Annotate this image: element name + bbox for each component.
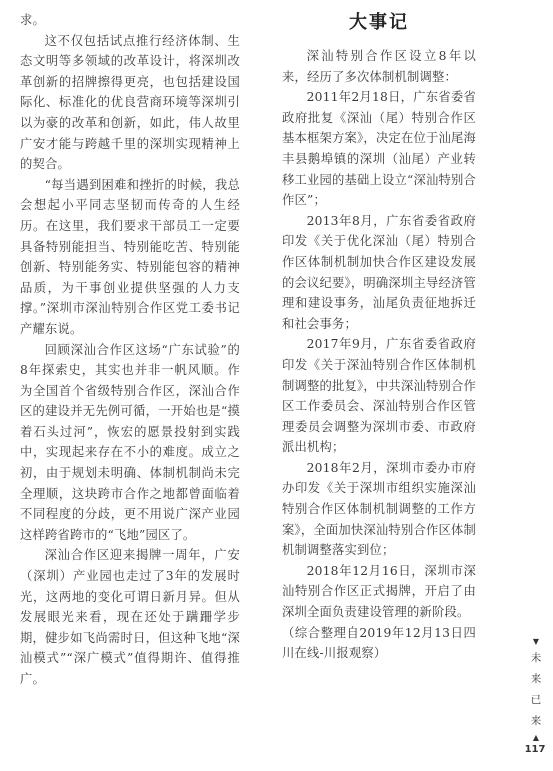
chronicle-entry: 2017年9月，广东省委省政府印发《关于深汕特别合作区体制机制调整的批复》，中共… bbox=[282, 334, 476, 458]
chronicle-entry: 2013年8月，广东省委省政府印发《关于优化深汕（尾）特别合作区体制机制加快合作… bbox=[282, 211, 476, 335]
page-number: 117 bbox=[520, 744, 550, 755]
chronicle-sidebar-column: 大事记 深汕特别合作区设立8年以来，经历了多次体制机制调整： 2011年2月18… bbox=[282, 10, 476, 664]
paragraph: 深汕合作区迎来揭牌一周年，广安（深圳）产业园也走过了3年的发展时光，这两地的变化… bbox=[20, 545, 240, 689]
section-char: 来 bbox=[526, 711, 546, 732]
chronicle-title: 大事记 bbox=[282, 10, 476, 36]
section-label-vertical: ▼ 未 来 已 来 ▲ bbox=[526, 636, 546, 744]
triangle-up-icon: ▲ bbox=[526, 732, 546, 744]
chronicle-entry: 2011年2月18日，广东省委省政府批复《深汕（尾）特别合作区基本框架方案》，决… bbox=[282, 87, 476, 211]
chronicle-entry: 2018年12月16日，深圳市深汕特别合作区正式揭牌，开启了由深圳全面负责建设管… bbox=[282, 561, 476, 623]
paragraph: 回顾深汕合作区这场“广东试验”的8年探索史，其实也并非一帆风顺。作为全国首个省级… bbox=[20, 340, 240, 546]
section-char: 来 bbox=[526, 669, 546, 690]
paragraph: 这不仅包括试点推行经济体制、生态文明等多领域的改革设计，将深圳改革创新的招牌擦得… bbox=[20, 31, 240, 175]
chronicle-entry: 2018年2月，深圳市委办市府办印发《关于深圳市组织实施深汕特别合作区体制机制调… bbox=[282, 458, 476, 561]
source-note: （综合整理自2019年12月13日四川在线-川报观察） bbox=[282, 623, 476, 664]
quote-paragraph: “每当遇到困难和挫折的时候，我总会想起小平同志坚韧而传奇的人生经历。在这里，我们… bbox=[20, 175, 240, 340]
paragraph: 求。 bbox=[20, 10, 240, 31]
chronicle-intro: 深汕特别合作区设立8年以来，经历了多次体制机制调整： bbox=[282, 46, 476, 87]
triangle-down-icon: ▼ bbox=[526, 636, 546, 648]
left-article-column: 求。 这不仅包括试点推行经济体制、生态文明等多领域的改革设计，将深圳改革创新的招… bbox=[20, 10, 240, 690]
section-char: 已 bbox=[526, 690, 546, 711]
section-char: 未 bbox=[526, 648, 546, 669]
